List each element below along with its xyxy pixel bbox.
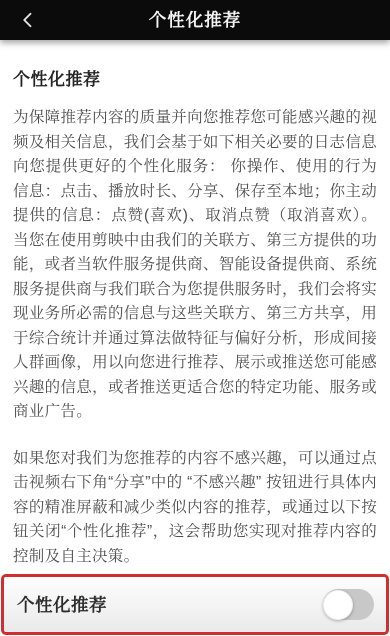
navbar: 个性化推荐: [0, 0, 390, 40]
policy-paragraph-2: 如果您对我们为您推荐的内容不感兴趣，可以通过点击视频右下角“分享”中的 “不感兴…: [13, 447, 377, 570]
toggle-row-label: 个性化推荐: [17, 592, 107, 617]
content-area: 个性化推荐 为保障推荐内容的质量并向您推荐您可能感兴趣的视频及相关信息，我们会基…: [0, 40, 390, 572]
policy-paragraph-1: 为保障推荐内容的质量并向您推荐您可能感兴趣的视频及相关信息，我们会基于如下相关必…: [13, 106, 377, 425]
screen: 个性化推荐 个性化推荐 为保障推荐内容的质量并向您推荐您可能感兴趣的视频及相关信…: [0, 0, 390, 636]
personalization-toggle-row[interactable]: 个性化推荐: [1, 574, 389, 635]
personalization-toggle-switch[interactable]: [323, 589, 374, 620]
chevron-left-icon: [18, 10, 38, 30]
section-heading: 个性化推荐: [13, 65, 377, 90]
back-button[interactable]: [8, 0, 48, 40]
toggle-knob-icon: [323, 590, 353, 620]
page-title: 个性化推荐: [149, 0, 242, 40]
